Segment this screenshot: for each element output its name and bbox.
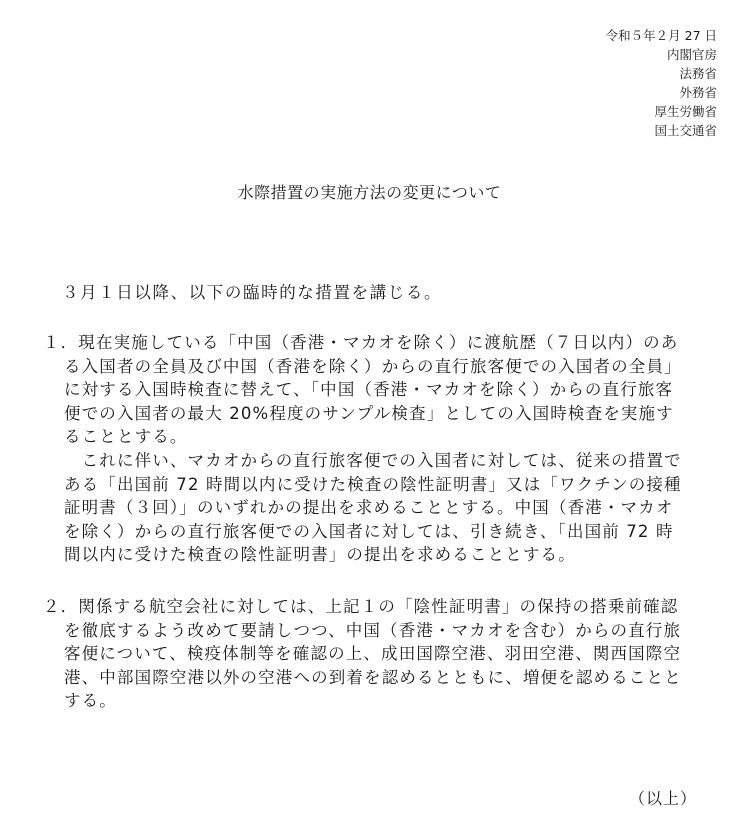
- item-line: を徹底するよう改めて要請しつつ、中国（香港・マカオを含む）からの直行旅: [43, 619, 711, 643]
- item-line: 便での入国者の最大 20%程度のサンプル検査」としての入国時検査を実施す: [43, 402, 711, 426]
- issuer-ministry-of-health: 厚生労働省: [606, 102, 717, 121]
- item-line: 間以内に受けた検査の陰性証明書」の提出を求めることとする。: [43, 543, 711, 567]
- document-header: 令和５年２月 27 日 内閣官房 法務省 外務省 厚生労働省 国土交通省: [606, 26, 717, 140]
- item-line: に対する入国時検査に替えて、「中国（香港・マカオを除く）からの直行旅客: [43, 378, 711, 402]
- issuer-ministry-of-land: 国土交通省: [606, 121, 717, 140]
- issuer-ministry-of-foreign-affairs: 外務省: [606, 83, 717, 102]
- item-line: 客便について、検疫体制等を確認の上、成田国際空港、羽田空港、関西国際空: [43, 642, 711, 666]
- issuer-ministry-of-justice: 法務省: [606, 64, 717, 83]
- item-line: する。: [43, 689, 711, 713]
- item-line: 港、中部国際空港以外の空港への到着を認めるとともに、増便を認めることと: [43, 666, 711, 690]
- document-date: 令和５年２月 27 日: [606, 26, 717, 45]
- item-line: これに伴い、マカオからの直行旅客便での入国者に対しては、従来の措置で: [43, 449, 711, 473]
- numbered-item-2: ２．関係する航空会社に対しては、上記１の「陰性証明書」の保持の搭乗前確認 を徹底…: [43, 595, 711, 713]
- issuer-cabinet-secretariat: 内閣官房: [606, 45, 717, 64]
- item-line: ２．関係する航空会社に対しては、上記１の「陰性証明書」の保持の搭乗前確認: [43, 595, 711, 619]
- item-line: を除く）からの直行旅客便での入国者に対しては、引き続き、「出国前 72 時: [43, 520, 711, 544]
- item-line: ることとする。: [43, 425, 711, 449]
- numbered-item-1: １．現在実施している「中国（香港・マカオを除く）に渡航歴（７日以内）のあ る入国…: [43, 331, 711, 567]
- document-title: 水際措置の実施方法の変更について: [0, 180, 739, 203]
- item-line: る入国者の全員及び中国（香港を除く）からの直行旅客便での入国者の全員」: [43, 355, 711, 379]
- intro-paragraph: ３月１日以降、以下の臨時的な措置を講じる。: [62, 279, 442, 303]
- item-line: ある「出国前 72 時間以内に受けた検査の陰性証明書」又は「ワクチンの接種: [43, 473, 711, 497]
- item-line: １．現在実施している「中国（香港・マカオを除く）に渡航歴（７日以内）のあ: [43, 331, 711, 355]
- closing-mark: （以上）: [629, 786, 697, 809]
- item-line: 証明書（３回）」のいずれかの提出を求めることとする。中国（香港・マカオ: [43, 496, 711, 520]
